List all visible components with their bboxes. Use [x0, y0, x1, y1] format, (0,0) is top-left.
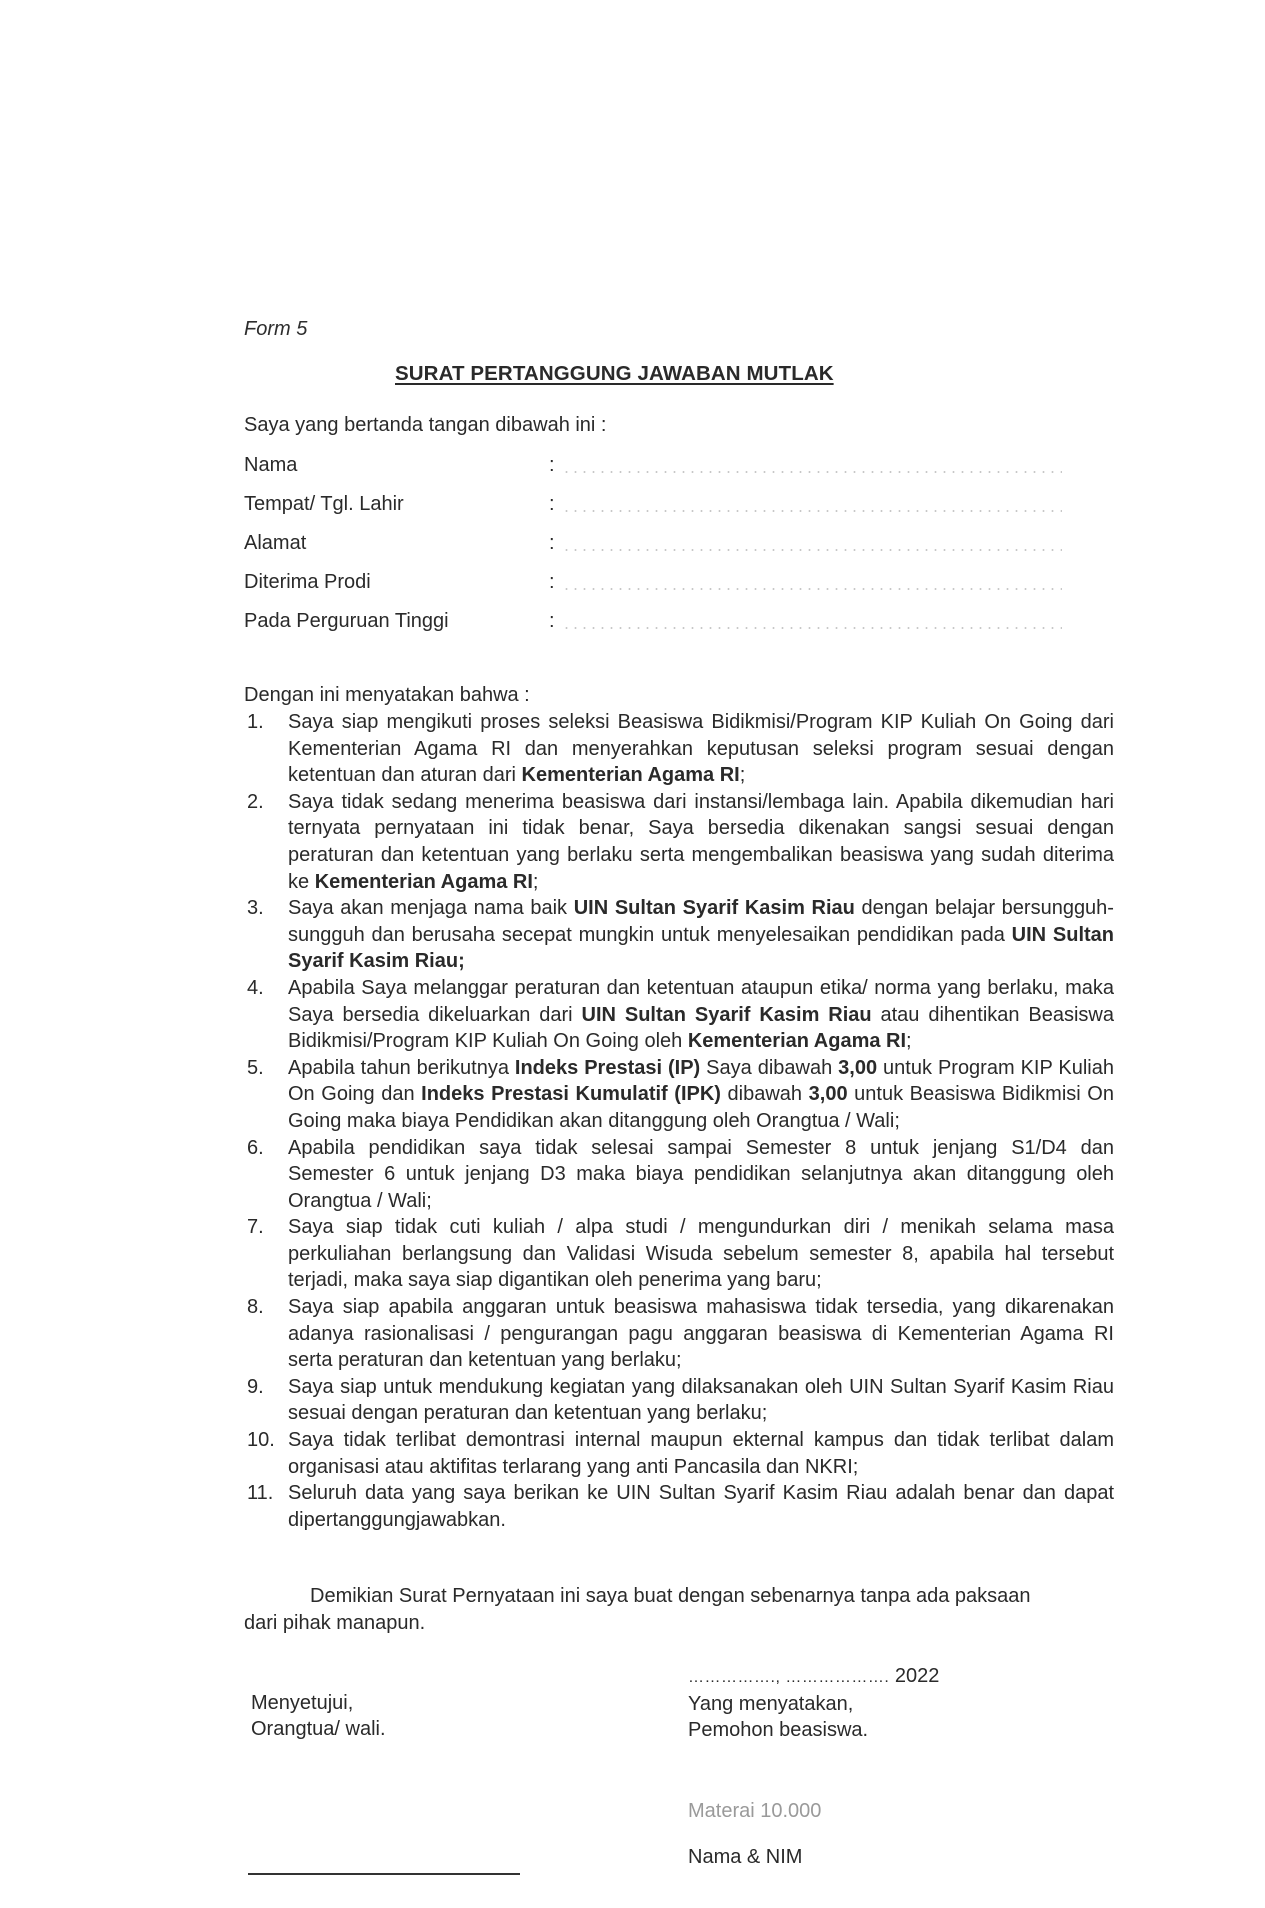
blank-fill-line[interactable]	[562, 588, 1062, 590]
text-segment: Saya tidak terlibat demontrasi internal …	[288, 1429, 1114, 1478]
emphasis-text: Indeks Prestasi (IP)	[515, 1057, 700, 1079]
field-colon: :	[549, 454, 555, 477]
intro-text: Saya yang bertanda tangan dibawah ini :	[244, 414, 607, 437]
closing-paragraph: Demikian Surat Pernyataan ini saya buat …	[244, 1583, 1064, 1637]
year: 2022	[895, 1665, 940, 1687]
statement-lead: Dengan ini menyatakan bahwa :	[244, 684, 530, 707]
document-title: SURAT PERTANGGUNG JAWABAN MUTLAK	[395, 362, 834, 386]
declarant-label: Yang menyatakan,	[688, 1691, 939, 1717]
item-number: 4.	[247, 975, 264, 1002]
item-text: Apabila Saya melanggar peraturan dan ket…	[288, 977, 1114, 1052]
item-number: 10.	[247, 1427, 275, 1454]
item-number: 1.	[247, 709, 264, 736]
document-page: Form 5 SURAT PERTANGGUNG JAWABAN MUTLAK …	[0, 0, 1265, 1908]
item-text: Apabila tahun berikutnya Indeks Prestasi…	[288, 1057, 1114, 1132]
closing-text: Demikian Surat Pernyataan ini saya buat …	[244, 1585, 1031, 1634]
field-colon: :	[549, 532, 555, 555]
item-text: Saya tidak terlibat demontrasi internal …	[288, 1429, 1114, 1478]
guardian-label: Orangtua/ wali.	[251, 1716, 386, 1742]
text-segment: Saya siap tidak cuti kuliah / alpa studi…	[288, 1216, 1114, 1291]
statement-list: 1.Saya siap mengikuti proses seleksi Bea…	[244, 709, 1114, 1533]
identity-fields: Nama : Tempat/ Tgl. Lahir : Alamat : Dit…	[244, 454, 1074, 649]
item-number: 9.	[247, 1374, 264, 1401]
text-segment: Seluruh data yang saya berikan ke UIN Su…	[288, 1482, 1114, 1531]
emphasis-text: 3,00	[838, 1057, 877, 1079]
statement-item: 10.Saya tidak terlibat demontrasi intern…	[244, 1427, 1114, 1480]
statement-item: 2.Saya tidak sedang menerima beasiswa da…	[244, 789, 1114, 895]
date-place-blank[interactable]: ……………., ……………….	[688, 1669, 889, 1686]
item-number: 7.	[247, 1214, 264, 1241]
field-diterima-prodi: Diterima Prodi :	[244, 571, 1074, 610]
item-number: 11.	[247, 1480, 273, 1507]
date-line: ……………., ………………. 2022	[688, 1663, 939, 1691]
signature-guardian: Menyetujui, Orangtua/ wali.	[251, 1690, 386, 1742]
text-segment: dibawah	[721, 1083, 809, 1105]
statement-item: 5.Apabila tahun berikutnya Indeks Presta…	[244, 1055, 1114, 1135]
field-colon: :	[549, 493, 555, 516]
field-colon: :	[549, 571, 555, 594]
field-label: Nama	[244, 454, 297, 477]
emphasis-text: UIN Sultan Syarif Kasim Riau	[582, 1004, 872, 1026]
field-perguruan-tinggi: Pada Perguruan Tinggi :	[244, 610, 1074, 649]
field-alamat: Alamat :	[244, 532, 1074, 571]
approval-label: Menyetujui,	[251, 1690, 386, 1716]
item-text: Saya siap mengikuti proses seleksi Beasi…	[288, 711, 1114, 786]
item-text: Saya tidak sedang menerima beasiswa dari…	[288, 791, 1114, 893]
text-segment: Saya siap untuk mendukung kegiatan yang …	[288, 1376, 1114, 1425]
applicant-label: Pemohon beasiswa.	[688, 1717, 939, 1743]
item-number: 6.	[247, 1135, 264, 1162]
item-text: Apabila pendidikan saya tidak selesai sa…	[288, 1137, 1114, 1212]
emphasis-text: Kementerian Agama RI	[688, 1030, 906, 1052]
field-label: Alamat	[244, 532, 306, 555]
text-segment: Saya akan menjaga nama baik	[288, 897, 574, 919]
name-nim-label: Nama & NIM	[688, 1846, 802, 1869]
emphasis-text: Kementerian Agama RI	[315, 871, 533, 893]
text-segment: Apabila tahun berikutnya	[288, 1057, 515, 1079]
text-segment: ;	[533, 871, 539, 893]
form-number: Form 5	[244, 318, 307, 341]
field-label: Pada Perguruan Tinggi	[244, 610, 449, 633]
item-number: 2.	[247, 789, 264, 816]
statement-item: 9.Saya siap untuk mendukung kegiatan yan…	[244, 1374, 1114, 1427]
field-colon: :	[549, 610, 555, 633]
text-segment: ;	[740, 764, 746, 786]
guardian-signature-line[interactable]	[248, 1873, 520, 1875]
statement-item: 4.Apabila Saya melanggar peraturan dan k…	[244, 975, 1114, 1055]
statement-item: 11.Seluruh data yang saya berikan ke UIN…	[244, 1480, 1114, 1533]
field-label: Tempat/ Tgl. Lahir	[244, 493, 404, 516]
blank-fill-line[interactable]	[562, 627, 1062, 629]
emphasis-text: Kementerian Agama RI	[522, 764, 740, 786]
item-number: 3.	[247, 895, 264, 922]
item-text: Saya siap apabila anggaran untuk beasisw…	[288, 1296, 1114, 1371]
emphasis-text: 3,00	[809, 1083, 848, 1105]
item-text: Saya siap untuk mendukung kegiatan yang …	[288, 1376, 1114, 1425]
item-text: Saya siap tidak cuti kuliah / alpa studi…	[288, 1216, 1114, 1291]
blank-fill-line[interactable]	[562, 549, 1062, 551]
statement-item: 1.Saya siap mengikuti proses seleksi Bea…	[244, 709, 1114, 789]
field-nama: Nama :	[244, 454, 1074, 493]
emphasis-text: Indeks Prestasi Kumulatif (IPK)	[421, 1083, 721, 1105]
statement-item: 3.Saya akan menjaga nama baik UIN Sultan…	[244, 895, 1114, 975]
text-segment: Apabila pendidikan saya tidak selesai sa…	[288, 1137, 1114, 1212]
item-number: 8.	[247, 1294, 264, 1321]
signature-applicant: ……………., ………………. 2022 Yang menyatakan, Pe…	[688, 1663, 939, 1743]
item-number: 5.	[247, 1055, 264, 1082]
text-segment: Saya siap apabila anggaran untuk beasisw…	[288, 1296, 1114, 1371]
item-text: Seluruh data yang saya berikan ke UIN Su…	[288, 1482, 1114, 1531]
emphasis-text: UIN Sultan Syarif Kasim Riau	[574, 897, 855, 919]
blank-fill-line[interactable]	[562, 510, 1062, 512]
statement-item: 6.Apabila pendidikan saya tidak selesai …	[244, 1135, 1114, 1215]
item-text: Saya akan menjaga nama baik UIN Sultan S…	[288, 897, 1114, 972]
text-segment: ;	[906, 1030, 912, 1052]
field-tempat-tgl-lahir: Tempat/ Tgl. Lahir :	[244, 493, 1074, 532]
statement-item: 8.Saya siap apabila anggaran untuk beasi…	[244, 1294, 1114, 1374]
stamp-placeholder: Materai 10.000	[688, 1800, 821, 1823]
statement-item: 7.Saya siap tidak cuti kuliah / alpa stu…	[244, 1214, 1114, 1294]
blank-fill-line[interactable]	[562, 471, 1062, 473]
field-label: Diterima Prodi	[244, 571, 371, 594]
text-segment: Saya dibawah	[700, 1057, 838, 1079]
